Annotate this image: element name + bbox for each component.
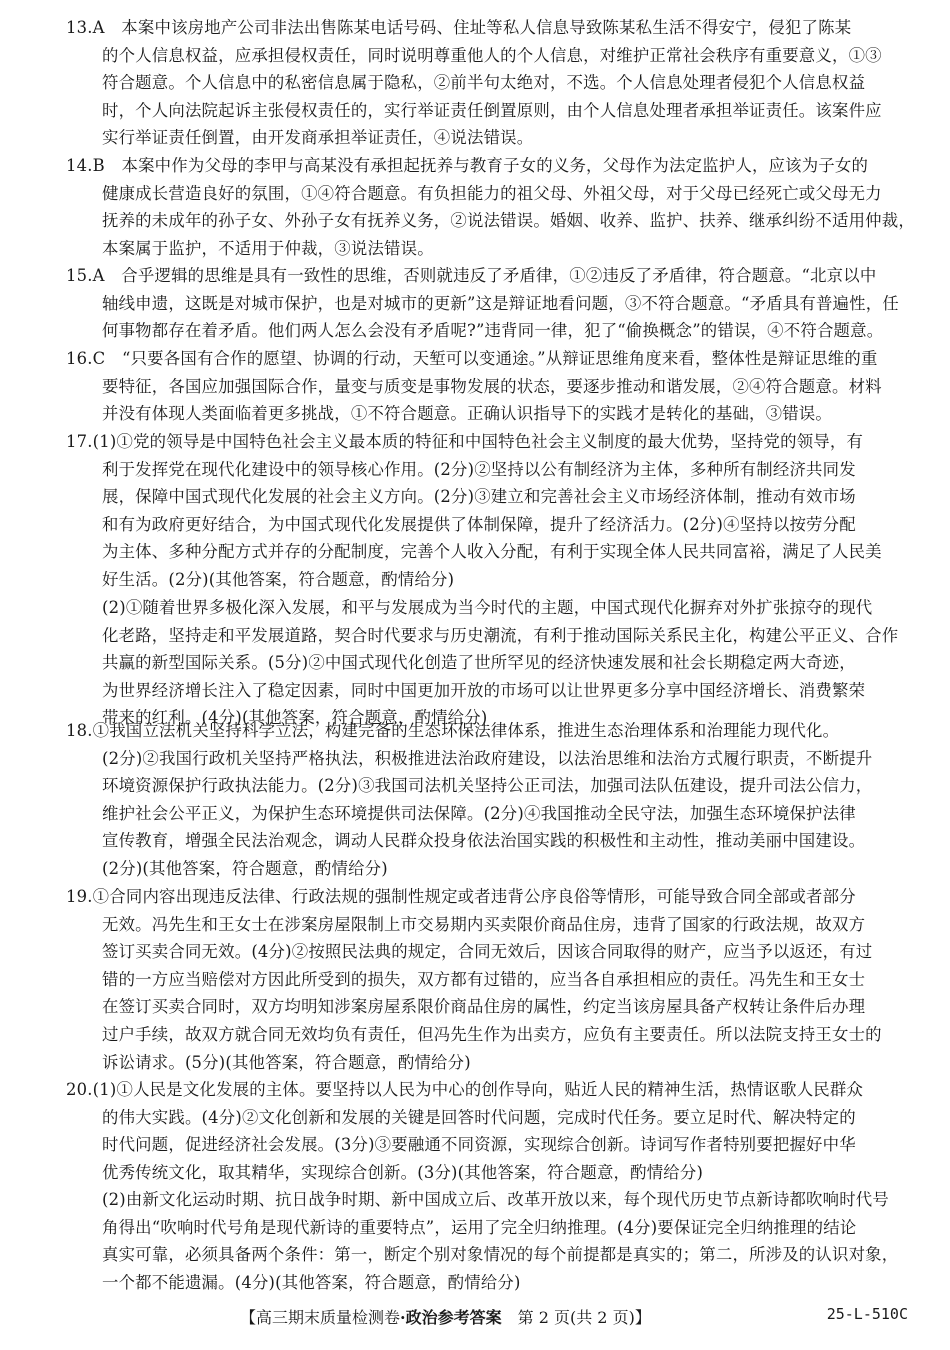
text-line: 真实可靠，必须具备两个条件：第一，断定个别对象情况的每个前提都是真实的；第二，所… [66, 1241, 912, 1269]
text-line: 和有为政府更好结合，为中国式现代化发展提供了体制保障，提升了经济活力。(2分)④… [66, 511, 912, 539]
text-line: (2分)(其他答案，符合题意，酌情给分) [66, 855, 912, 883]
text-line: 健康成长营造良好的氛围，①④符合题意。有负担能力的祖父母、外祖父母，对于父母已经… [66, 180, 912, 208]
footer-title: 【高三期末质量检测卷·政治参考答案 第 2 页(共 2 页)】 [240, 1305, 651, 1328]
text-line: 19.①合同内容出现违反法律、行政法规的强制性规定或者违背公序良俗等情形，可能导… [66, 883, 912, 911]
text-line: 的伟大实践。(4分)②文化创新和发展的关键是回答时代问题，完成时代任务。要立足时… [66, 1104, 912, 1132]
text-line: 何事物都存在着矛盾。他们两人怎么会没有矛盾呢?”违背同一律，犯了“偷换概念”的错… [66, 317, 912, 345]
right-bracket: 】 [635, 1308, 651, 1327]
text-line: 轴线申遗，这既是对城市保护，也是对城市的更新”这是辩证地看问题，③不符合题意。“… [66, 290, 912, 318]
text-line: 14.B 本案中作为父母的李甲与高某没有承担起抚养与教育子女的义务，父母作为法定… [66, 152, 912, 180]
answer-17-part-2: (2)①随着世界多极化深入发展，和平与发展成为当今时代的主题，中国式现代化摒弃对… [66, 594, 912, 732]
text-line: 20.(1)①人民是文化发展的主体。要坚持以人民为中心的创作导向，贴近人民的精神… [66, 1076, 912, 1104]
text-line: 好生活。(2分)(其他答案，符合题意，酌情给分) [66, 566, 912, 594]
answer-20-part-1: 20.(1)①人民是文化发展的主体。要坚持以人民为中心的创作导向，贴近人民的精神… [66, 1076, 912, 1186]
answer-19: 19.①合同内容出现违反法律、行政法规的强制性规定或者违背公序良俗等情形，可能导… [66, 883, 912, 1076]
text-line: 在签订买卖合同时，双方均明知涉案房屋系限价商品住房的属性，约定当该房屋具备产权转… [66, 993, 912, 1021]
text-line: 一个都不能遗漏。(4分)(其他答案，符合题意，酌情给分) [66, 1269, 912, 1297]
text-line: 符合题意。个人信息中的私密信息属于隐私，②前半句太绝对，不选。个人信息处理者侵犯… [66, 69, 912, 97]
answer-18: 18.①我国立法机关坚持科学立法，构建完备的生态环保法律体系，推进生态治理体系和… [66, 717, 912, 883]
text-line: 18.①我国立法机关坚持科学立法，构建完备的生态环保法律体系，推进生态治理体系和… [66, 717, 912, 745]
footer-code: 25-L-510C [827, 1305, 908, 1323]
text-line: 利于发挥党在现代化建设中的领导核心作用。(2分)②坚持以公有制经济为主体，多种所… [66, 456, 912, 484]
text-line: 的个人信息权益，应承担侵权责任，同时说明尊重他人的个人信息，对维护正常社会秩序有… [66, 42, 912, 70]
text-line: 抚养的未成年的孙子女、外孙子女有抚养义务，②说法错误。婚姻、收养、监护、扶养、继… [66, 207, 912, 235]
answer-15: 15.A 合乎逻辑的思维是具有一致性的思维，否则就违反了矛盾律，①②违反了矛盾律… [66, 262, 912, 345]
text-line: 过户手续，故双方就合同无效均负有责任，但冯先生作为出卖方，应负有主要责任。所以法… [66, 1021, 912, 1049]
text-line: 优秀传统文化，取其精华，实现综合创新。(3分)(其他答案，符合题意，酌情给分) [66, 1159, 912, 1187]
text-line: 15.A 合乎逻辑的思维是具有一致性的思维，否则就违反了矛盾律，①②违反了矛盾律… [66, 262, 912, 290]
text-line: 实行举证责任倒置，由开发商承担举证责任，④说法错误。 [66, 124, 912, 152]
text-line: (2分)②我国行政机关坚持严格执法，积极推进法治政府建设，以法治思维和法治方式履… [66, 745, 912, 773]
left-bracket: 【 [240, 1308, 256, 1327]
answer-14: 14.B 本案中作为父母的李甲与高某没有承担起抚养与教育子女的义务，父母作为法定… [66, 152, 912, 262]
text-line: 角得出“吹响时代号角是现代新诗的重要特点”，运用了完全归纳推理。(4分)要保证完… [66, 1214, 912, 1242]
text-line: 无效。冯先生和王女士在涉案房屋限制上市交易期内买卖限价商品住房，违背了国家的行政… [66, 911, 912, 939]
text-line: 签订买卖合同无效。(4分)②按照民法典的规定，合同无效后，因该合同取得的财产，应… [66, 938, 912, 966]
answer-key-page: 13.A 本案中该房地产公司非法出售陈某电话号码、住址等私人信息导致陈某私生活不… [0, 0, 950, 1350]
answer-16: 16.C “只要各国有合作的愿望、协调的行动，天堑可以变通途。”从辩证思维角度来… [66, 345, 912, 428]
text-line: 共赢的新型国际关系。(5分)②中国式现代化创造了世所罕见的经济快速发展和社会长期… [66, 649, 912, 677]
text-line: 本案属于监护，不适用于仲裁，③说法错误。 [66, 235, 912, 263]
text-line: 为世界经济增长注入了稳定因素，同时中国更加开放的市场可以让世界更多分享中国经济增… [66, 677, 912, 705]
page-footer: 【高三期末质量检测卷·政治参考答案 第 2 页(共 2 页)】 25-L-510… [0, 1305, 950, 1329]
text-line: (2)由新文化运动时期、抗日战争时期、新中国成立后、改革开放以来，每个现代历史节… [66, 1186, 912, 1214]
answer-13: 13.A 本案中该房地产公司非法出售陈某电话号码、住址等私人信息导致陈某私生活不… [66, 14, 912, 152]
text-line: 要特征，各国应加强国际合作，量变与质变是事物发展的状态，要逐步推动和谐发展，②④… [66, 373, 912, 401]
text-line: (2)①随着世界多极化深入发展，和平与发展成为当今时代的主题，中国式现代化摒弃对… [66, 594, 912, 622]
text-line: 错的一方应当赔偿对方因此所受到的损失，双方都有过错的，应当各自承担相应的责任。冯… [66, 966, 912, 994]
text-line: 诉讼请求。(5分)(其他答案，符合题意，酌情给分) [66, 1049, 912, 1077]
text-line: 17.(1)①党的领导是中国特色社会主义最本质的特征和中国特色社会主义制度的最大… [66, 428, 912, 456]
footer-page-number: 第 2 页(共 2 页) [502, 1308, 635, 1327]
answer-17-part-1: 17.(1)①党的领导是中国特色社会主义最本质的特征和中国特色社会主义制度的最大… [66, 428, 912, 594]
footer-series: 高三期末质量检测卷 [256, 1308, 400, 1327]
text-line: 时，个人向法院起诉主张侵权责任的，实行举证责任倒置原则，由个人信息处理者承担举证… [66, 97, 912, 125]
text-line: 化老路，坚持走和平发展道路，契合时代要求与历史潮流，有利于推动国际关系民主化，构… [66, 622, 912, 650]
text-line: 维护社会公平正义，为保护生态环境提供司法保障。(2分)④我国推动全民守法，加强生… [66, 800, 912, 828]
text-line: 为主体、多种分配方式并存的分配制度，完善个人收入分配，有利于实现全体人民共同富裕… [66, 538, 912, 566]
answer-20-part-2: (2)由新文化运动时期、抗日战争时期、新中国成立后、改革开放以来，每个现代历史节… [66, 1186, 912, 1296]
text-line: 环境资源保护行政执法能力。(2分)③我国司法机关坚持公正司法，加强司法队伍建设，… [66, 772, 912, 800]
text-line: 展，保障中国式现代化发展的社会主义方向。(2分)③建立和完善社会主义市场经济体制… [66, 483, 912, 511]
text-line: 13.A 本案中该房地产公司非法出售陈某电话号码、住址等私人信息导致陈某私生活不… [66, 14, 912, 42]
text-line: 并没有体现人类面临着更多挑战，①不符合题意。正确认识指导下的实践才是转化的基础，… [66, 400, 912, 428]
text-line: 16.C “只要各国有合作的愿望、协调的行动，天堑可以变通途。”从辩证思维角度来… [66, 345, 912, 373]
footer-subject: 政治参考答案 [406, 1308, 502, 1327]
text-line: 宣传教育，增强全民法治观念，调动人民群众投身依法治国实践的积极性和主动性，推动美… [66, 827, 912, 855]
text-line: 时代问题，促进经济社会发展。(3分)③要融通不同资源，实现综合创新。诗词写作者特… [66, 1131, 912, 1159]
